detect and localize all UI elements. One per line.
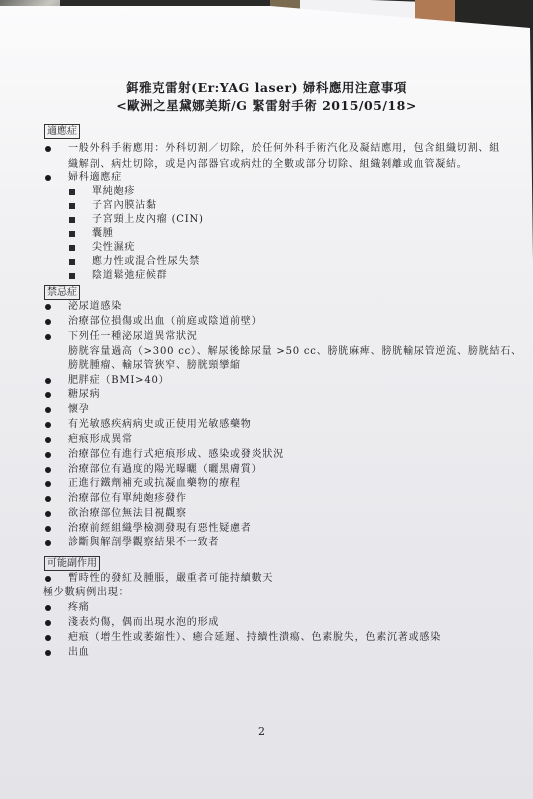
bullet-icon [45,392,51,398]
bullet-icon [45,605,51,611]
section-label-indications: 適應症 [44,124,80,139]
bullet-icon [45,496,51,502]
section-label-side-effects: 可能副作用 [44,556,100,571]
contraindication-item: 治療部位有進行式疤痕形成、感染或發炎狀況 [68,448,284,461]
square-bullet-icon [69,231,75,237]
contraindication-item: 治療部位有單純皰疹發作 [68,492,187,505]
bullet-icon [45,378,51,384]
contraindication-item: 糖尿病 [68,388,100,401]
contraindication-item: 診斷與解剖學觀察結果不一致者 [68,536,219,549]
document-title: 鉺雅克雷射(Er:YAG laser) 婦科應用注意事項 [0,78,533,96]
gyn-item: 尖性濕疣 [92,241,135,254]
contraindication-item: 治療前經組織學檢測發現有惡性疑慮者 [68,522,252,535]
bullet-icon [45,422,51,428]
bullet-icon [45,635,51,641]
contraindication-item: 肥胖症（BMI>40） [68,374,169,387]
bullet-icon [45,576,51,582]
bullet-icon [45,334,51,340]
bullet-icon [45,452,51,458]
rare-heading: 極少數病例出現： [43,586,129,599]
gyn-indications-heading: 婦科適應症 [68,171,122,184]
side-effect-common: 暫時性的發紅及腫脹，嚴重者可能持續數天 [68,572,273,585]
gyn-item: 應力性或混合性尿失禁 [92,255,200,268]
bullet-icon [45,319,51,325]
gyn-item: 陰道鬆弛症候群 [92,269,168,282]
bullet-icon [45,146,51,152]
gyn-item: 子宮頸上皮內瘤 (CIN) [92,213,204,226]
bullet-icon [45,481,51,487]
bullet-icon [45,304,51,310]
contraindication-item: 懷孕 [68,403,90,416]
contraindication-subline: 膀胱腫瘤、輸尿管狹窄、膀胱頸攣縮 [68,359,241,372]
rare-side-effect: 疤痕（增生性或萎縮性）、癒合延遲、持續性潰瘍、色素脫失，色素沉著或感染 [68,631,441,644]
square-bullet-icon [69,259,75,265]
square-bullet-icon [69,189,75,195]
gyn-item: 單純皰疹 [92,185,135,198]
gyn-item: 囊腫 [92,227,114,240]
contraindication-item: 治療部位有過度的陽光曝曬（曬黑膚質） [68,463,262,476]
rare-side-effect: 疼痛 [68,601,90,614]
section-label-contraindications: 禁忌症 [44,285,80,300]
bullet-icon [45,620,51,626]
contraindication-subline: 膀胱容量過高（>300 cc）、解尿後餘尿量 >50 cc、膀胱麻痺、膀胱輸尿管… [68,345,522,358]
indication-general-line1: 一般外科手術應用：外科切割／切除，於任何外科手術汽化及凝結應用，包含組織切割、組 [68,142,500,155]
page-number: 2 [258,725,265,738]
rare-side-effect: 淺表灼傷，偶而出現水泡的形成 [68,616,219,629]
document-page: 鉺雅克雷射(Er:YAG laser) 婦科應用注意事項 <歐洲之星黛娜美斯/G… [0,6,533,799]
document-subtitle: <歐洲之星黛娜美斯/G 緊雷射手術 2015/05/18> [0,96,533,114]
contraindication-item: 正進行鐵劑補充或抗凝血藥物的療程 [68,477,241,490]
contraindication-item: 下列任一種泌尿道異常狀況 [68,330,198,343]
bullet-icon [45,511,51,517]
bullet-icon [45,540,51,546]
bullet-icon [45,526,51,532]
bullet-icon [45,407,51,413]
square-bullet-icon [69,245,75,251]
contraindication-item: 欲治療部位無法目視觀察 [68,507,187,520]
bullet-icon [45,467,51,473]
square-bullet-icon [69,203,75,209]
square-bullet-icon [69,273,75,279]
bullet-icon [45,175,51,181]
square-bullet-icon [69,217,75,223]
contraindication-item: 治療部位損傷或出血（前庭或陰道前壁） [68,315,262,328]
contraindication-item: 有光敏感疾病病史或正使用光敏感藥物 [68,418,252,431]
rare-side-effect: 出血 [68,646,90,659]
contraindication-item: 疤痕形成異常 [68,433,133,446]
bullet-icon [45,650,51,656]
contraindication-item: 泌尿道感染 [68,300,122,313]
indication-general-line2: 織解剖、病灶切除，或是內部器官或病灶的全數或部分切除、組織剝離或血管凝結。 [68,158,468,171]
bullet-icon [45,437,51,443]
gyn-item: 子宮內膜沾黏 [92,199,157,212]
